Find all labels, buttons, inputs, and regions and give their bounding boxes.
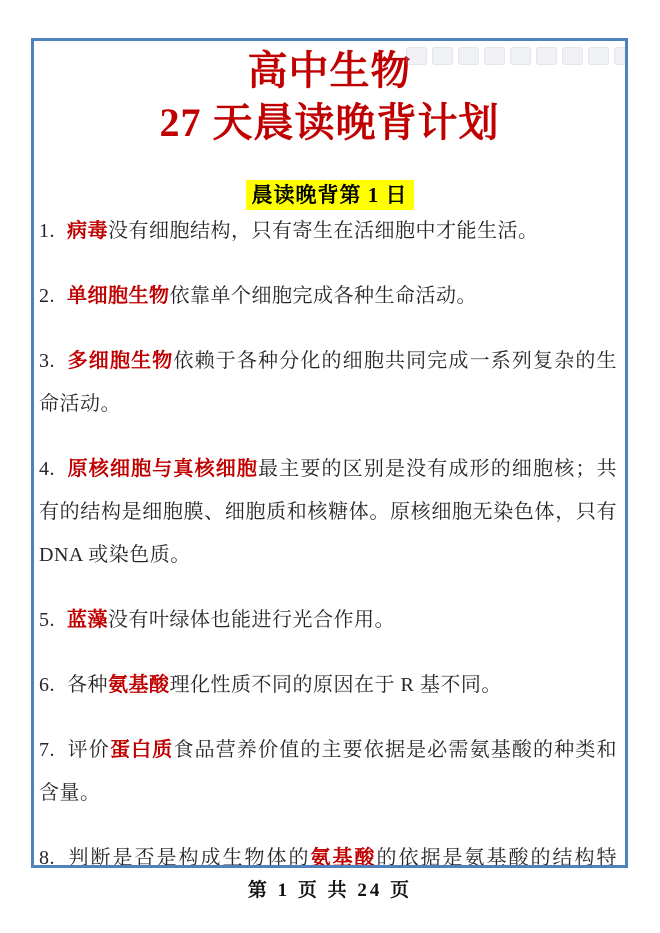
item-number: 5. (39, 609, 55, 631)
study-points-list: 1.病毒没有细胞结构，只有寄生在活细胞中才能生活。2.单细胞生物依靠单个细胞完成… (34, 210, 625, 868)
key-term: 原核细胞与真核细胞 (67, 458, 258, 480)
list-item: 3.多细胞生物依赖于各种分化的细胞共同完成一系列复杂的生命活动。 (39, 340, 617, 426)
list-item: 2.单细胞生物依靠单个细胞完成各种生命活动。 (39, 275, 617, 318)
key-term: 单细胞生物 (67, 285, 170, 307)
day-header-highlight: 晨读晚背第 1 日 (246, 180, 414, 210)
item-number: 1. (39, 220, 55, 242)
item-number: 4. (39, 458, 55, 480)
document-page: { "document": { "title_line1": "高中生物", "… (0, 0, 660, 933)
key-term: 蓝藻 (67, 609, 108, 631)
item-text: 判断是否是构成生物体的 (67, 847, 311, 868)
item-number: 3. (39, 350, 55, 372)
item-text: 各种 (67, 674, 108, 696)
key-term: 蛋白质 (110, 739, 173, 761)
list-item: 8.判断是否是构成生物体的氨基酸的依据是氨基酸的结构特点，即 (39, 837, 617, 868)
item-number: 2. (39, 285, 55, 307)
key-term: 氨基酸 (311, 847, 377, 868)
item-text: 评价 (67, 739, 110, 761)
day-header-wrap: 晨读晚背第 1 日 (34, 180, 625, 210)
list-item: 6.各种氨基酸理化性质不同的原因在于 R 基不同。 (39, 664, 617, 707)
key-term: 氨基酸 (108, 674, 170, 696)
page-border-box: 高中生物 27 天晨读晚背计划 晨读晚背第 1 日 1.病毒没有细胞结构，只有寄… (31, 38, 628, 868)
item-text: 依靠单个细胞完成各种生命活动。 (170, 285, 478, 307)
item-number: 6. (39, 674, 55, 696)
page-title-line2: 27 天晨读晚背计划 (34, 97, 625, 149)
key-term: 病毒 (67, 220, 108, 242)
item-text: 没有细胞结构，只有寄生在活细胞中才能生活。 (108, 220, 539, 242)
item-text: 没有叶绿体也能进行光合作用。 (108, 609, 395, 631)
item-number: 7. (39, 739, 55, 761)
page-title-line1: 高中生物 (34, 45, 625, 97)
key-term: 多细胞生物 (67, 350, 173, 372)
item-text: 理化性质不同的原因在于 R 基不同。 (170, 674, 502, 696)
item-number: 8. (39, 847, 55, 868)
list-item: 4.原核细胞与真核细胞最主要的区别是没有成形的细胞核；共有的结构是细胞膜、细胞质… (39, 448, 617, 577)
list-item: 1.病毒没有细胞结构，只有寄生在活细胞中才能生活。 (39, 210, 617, 253)
page-number-footer: 第 1 页 共 24 页 (0, 875, 660, 902)
list-item: 7.评价蛋白质食品营养价值的主要依据是必需氨基酸的种类和含量。 (39, 729, 617, 815)
page-title: 高中生物 27 天晨读晚背计划 (34, 45, 625, 149)
list-item: 5.蓝藻没有叶绿体也能进行光合作用。 (39, 599, 617, 642)
